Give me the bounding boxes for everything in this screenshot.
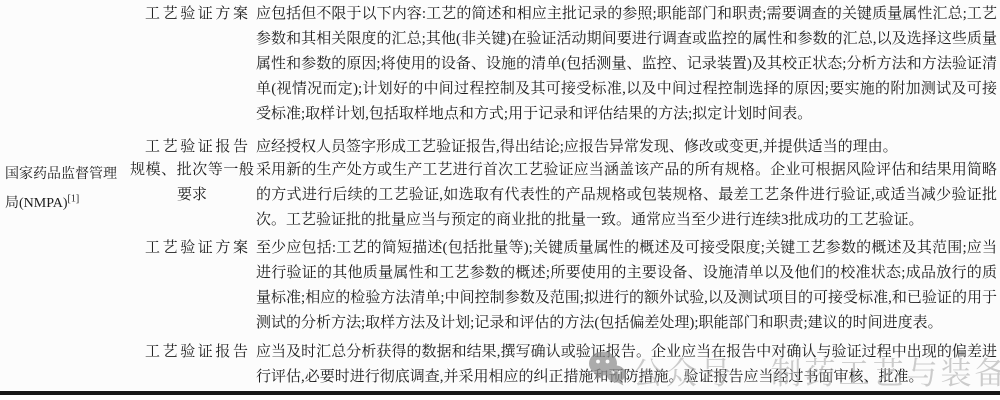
row-category-validation-report-2: 工艺验证报告: [145, 340, 248, 365]
row-content-validation-plan-2: 至少应包括:工艺的简短描述(包括批量等);关键质量属性的概述及可接受限度;关键工…: [256, 236, 997, 336]
agency-citation-ref: [1]: [68, 193, 80, 204]
row-category-validation-report-1: 工艺验证报告: [145, 135, 248, 160]
row-content-scale-batch-requirements: 采用新的生产处方或生产工艺进行首次工艺验证应当涵盖该产品的所有规格。企业可根据风…: [256, 158, 997, 233]
row-category-validation-plan-2: 工艺验证方案: [145, 236, 248, 261]
row-category-validation-plan-1: 工艺验证方案: [145, 2, 248, 27]
table-bottom-rule: [0, 391, 1000, 395]
row-content-validation-plan-1: 应包括但不限于以下内容:工艺的简述和相应主批记录的参照;职能部门和职责;需要调查…: [256, 2, 997, 127]
row-category-scale-batch-requirements: 规模、批次等一般要求: [130, 158, 254, 208]
row-content-validation-report-2: 应当及时汇总分析获得的数据和结果,撰写确认或验证报告。企业应当在报告中对确认与验…: [256, 340, 997, 390]
paper-table-page: 国家药品监督管理局(NMPA)[1] 工艺验证方案 应包括但不限于以下内容:工艺…: [0, 0, 1000, 400]
row-content-validation-report-1: 应经授权人员签字形成工艺验证报告,得出结论;应报告异常发现、修改或变更,并提供适…: [256, 135, 997, 160]
agency-label: 国家药品监督管理局(NMPA)[1]: [5, 160, 127, 218]
agency-name: 国家药品监督管理局(NMPA): [5, 167, 117, 211]
